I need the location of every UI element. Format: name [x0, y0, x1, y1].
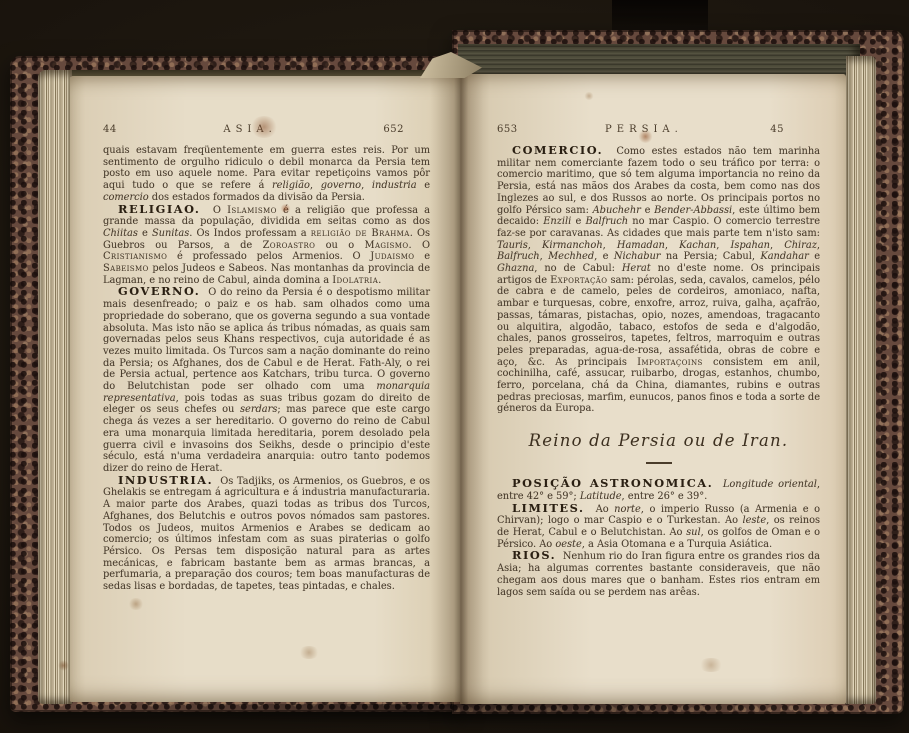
section-heading: Reino da Persia ou de Iran.	[497, 431, 820, 450]
paragraph: RIOS. Nenhum rio do Iran figura entre os…	[497, 550, 820, 598]
page-text-left: quais estavam freqüentemente em guerra e…	[103, 145, 430, 593]
page-header-left: 44 ASIA. 652	[103, 124, 430, 135]
running-title-right: PERSIA.	[518, 124, 771, 135]
folio-left: 652	[383, 124, 404, 135]
page-block-top-edge	[458, 44, 860, 76]
section-rule	[646, 462, 672, 464]
paragraph: INDUSTRIA. Os Tadjiks, os Armenios, os G…	[103, 475, 430, 593]
folio-right: 653	[497, 124, 518, 135]
paragraph: GOVERNO. O do reino da Persia é o despot…	[103, 286, 430, 474]
paragraph: quais estavam freqüentemente em guerra e…	[103, 145, 430, 204]
page-number-left: 44	[103, 124, 117, 135]
page-left: 44 ASIA. 652 quais estavam freqüentement…	[70, 76, 460, 702]
page-block-fore-edge-left	[38, 70, 72, 704]
page-right: 653 PERSIA. 45 COMERCIO. Como estes esta…	[460, 74, 846, 704]
running-title-left: ASIA.	[117, 124, 384, 135]
paragraph: RELIGIAO. O Islamismo é a religião que p…	[103, 204, 430, 287]
page-right-content: 653 PERSIA. 45 COMERCIO. Como estes esta…	[497, 124, 820, 598]
paragraph: COMERCIO. Como estes estados não tem mar…	[497, 145, 820, 415]
book-shadow	[40, 704, 870, 732]
page-block-fore-edge-right	[846, 56, 876, 704]
book-photo-scene: 44 ASIA. 652 quais estavam freqüentement…	[0, 0, 909, 733]
page-number-right: 45	[770, 124, 784, 135]
page-text-right: COMERCIO. Como estes estados não tem mar…	[497, 145, 820, 598]
page-header-right: 653 PERSIA. 45	[497, 124, 820, 135]
paragraph: POSIÇÃO ASTRONOMICA. Longitude oriental,…	[497, 478, 820, 502]
paragraph: LIMITES. Ao norte, o imperio Russo (a Ar…	[497, 503, 820, 551]
page-left-content: 44 ASIA. 652 quais estavam freqüentement…	[103, 124, 430, 593]
